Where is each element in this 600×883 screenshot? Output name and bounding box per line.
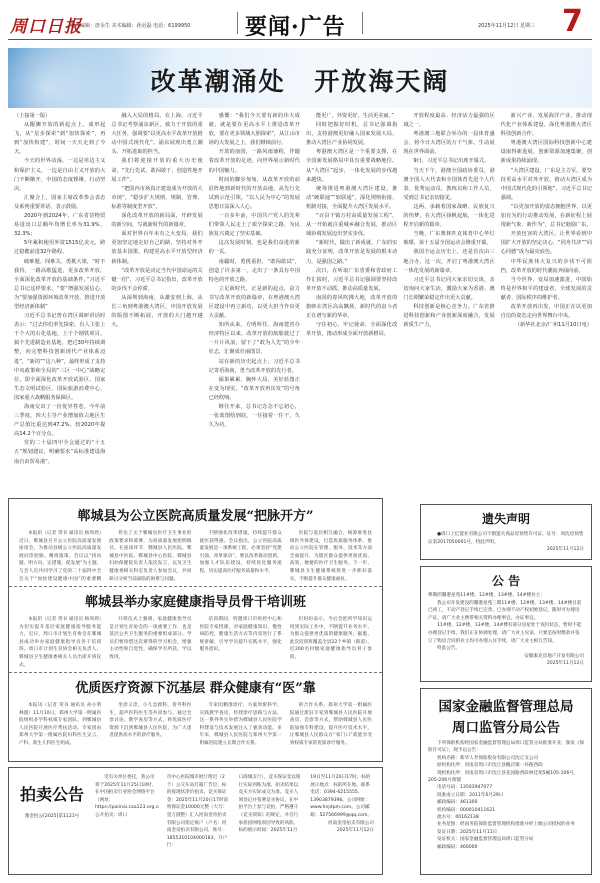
article-paragraph: 当天下午，港澳全国政协委员，港澳全国人大代表和全国体育先进个人代表、优秀运动员、…: [403, 167, 494, 203]
article-paragraph: 党的二十届四中全会通过的“十五五”规划建议，明确要求“高标准建设海南自由贸易港”…: [14, 439, 105, 466]
article-paragraph: “改革开放是决定当代中国命运的关键一招”，习近平总书记指出，改革开放的步伐不会停…: [111, 267, 202, 294]
notice-field: 发证机关：国家金融监督管理总局周口监管分局: [428, 836, 584, 843]
article-paragraph: 继往开来，总书记念念不忘初心，一张蓝图绘到底，一任接着一任干，久久为功。: [209, 403, 300, 430]
article-paragraph: “新时代，做出了新成就，广东的实践充分证明，改革开放是发展的根本动力，是强国之路…: [306, 239, 397, 266]
article-paragraph: 南国的春风吹拂大地，改革开放的旗帜在湾区高高飘扬，新时代的奋斗者正在谱写新的华章…: [306, 294, 397, 321]
notice-field: 邮政编码：461300: [428, 799, 584, 806]
article-paragraph: 培训期间，特邀周口市疾控中心和医院专家授课，对家庭健康知识、慢性病防控、健康生活…: [200, 616, 282, 654]
article-column: 培训期间，特邀周口市疾控中心和医院专家授课，对家庭健康知识、慢性病防控、健康生活…: [200, 616, 282, 668]
health-news-box: 郸城县为公立医院高质量发展“把脉开方” 本报讯（记者 常书 通讯员 杨周周）近日…: [8, 498, 383, 762]
notice-company: 安徽素克房地产开发有限公司: [428, 653, 584, 661]
article-paragraph: 们纷纷表示，今后会把所学知识运用到实际工作中，不断提升业务水平，为群众提供更优质…: [290, 616, 372, 662]
lead-headline: 改革潮涌处 开放海天阔: [8, 62, 592, 98]
article-column: 传达了关于郸城县医疗卫生事业的政策要求和部署，为高质量发展指明路径。在座谈环节，…: [109, 530, 191, 582]
article-column: 本报讯（记者 常书 通讯员 孙小明 林甜）11月10日，郑州大学第一附属医院组织…: [19, 702, 101, 748]
article-paragraph: “把国内市场真正建设成为开放的大市场”，“稳步扩大规则、规制、管理、标准等制度型…: [111, 185, 202, 212]
article-paragraph: 从醒狮开放的新起点上，成形起飞，从“星步探索”到“加快探索”，再到“加快构建”，…: [14, 121, 105, 157]
article-paragraph: 这两，承载着国家战略、民族复兴的伟梦，在大湾区扬帆起航，一体化进程开启新的篇章。: [403, 203, 494, 230]
article-paragraph: 从深圳到海南，从雄安到上海，从长三角到粤港澳大湾区，中国开放发展的版图不断拓展，…: [111, 294, 202, 330]
article-paragraph: 我们将迎接开放的重大历史使命，“先行先试、敢闯敢干，创造性地开展工作”。: [111, 157, 202, 184]
article-column: 开放程度最高、经济活力最强的区域之一。 粤港澳三地联合举办的一届体育盛会，将今日…: [403, 112, 494, 494]
notice-column: 口商城支行），竞买保证金以银行实际到账为准。拍卖结果以竞买方实际成交为准。竞买人…: [239, 774, 303, 868]
article-title: 优质医疗资源下沉基层 群众健康有“医”靠: [9, 677, 382, 696]
article-title: 郸城县举办家庭健康指导员骨干培训班: [9, 591, 382, 610]
article-paragraph: 我国全运会历史上，还是首次由三地合办，这一次，开启了粤港澳大湾区一体化发展的新篇…: [403, 248, 494, 275]
article-paragraph: 传达了关于郸城县医疗卫生事业的政策要求和部署，为高质量发展指明路径。在座谈环节，…: [109, 530, 191, 582]
notice-body: 下列保险机构经国家金融监督管理总局周口监管分局批准开业，颁发《保险许可证》，现予…: [421, 740, 591, 851]
article-paragraph: 中华民族伟大复兴的步伐不可阻挡，改革开放的时代潮流奔涌向前。: [501, 258, 592, 276]
article-paragraph: 科技创新是核心竞争力。广东省推进科技创新和产业创新深度融合，发展新质生产力。: [403, 303, 494, 330]
notice-field: 原机构住所：河南省周口市沈丘县槐店镇一环路西段: [428, 762, 584, 769]
article-column: 本报讯（记者 常书 通讯员 杨周周）近日，郸城县召开公立医院高质量发展座谈会，为…: [19, 530, 101, 582]
article-paragraph: 守住初心，牢记使命，全面深化改革开放，推动形成全面开放新格局。: [306, 321, 397, 339]
article-column: 医院与基层相互融合，统筹推进县域医共体建设，打造优质服务体系，推动公立医院在管理…: [290, 530, 372, 582]
article-paragraph: 专家团精准诊疗，方案周密科学，实践教学查房，传授诊疗思路与方法，这一系列务实举措…: [200, 702, 282, 748]
notice-body: ●周口上亿置业有限公司不慎遗失商品房预售许可证，证号：周沈房预售证第201705…: [421, 531, 591, 554]
header-rule: [8, 39, 592, 40]
article-paragraph: 本报讯（记者 常书 通讯员 杨周周）为切实提升基层家庭健康指导服务能力，近日，周…: [19, 616, 101, 668]
notice-paragraph: 我公司开发建设的馨港星苑三期11#楼、12#楼、13#楼、14#楼目前已竣工，不…: [428, 600, 584, 623]
article-paragraph: 知所从来，方明所往。海南建省办经济特区以来，改革开放的航船驶过了一片片风浪，留下…: [209, 321, 300, 357]
article-paragraph: 粤港澳三地联合举办的一届体育盛会，将今日大湾区的万千气象、生动展现在世界面前。: [403, 130, 494, 157]
divider: [362, 12, 363, 34]
article-paragraph: 9日，习近平总书记出席开幕式。: [403, 157, 494, 166]
article-paragraph: 面对世界百年未有之大变局，我们更加坚定地走好自己的路，坚持对外开放基本国策，构建…: [111, 230, 202, 266]
article-paragraph: 本报讯（记者 常书 通讯员 孙小明 林甜）11月10日，郑州大学第一附属医院组织…: [19, 702, 101, 748]
article-paragraph: “百县千镇万村高质量发展工程”，从一开始就注重城乡融合发展，推动区域协调发展迈出…: [306, 212, 397, 239]
notice-subtitle: 周口监管分局公告: [421, 716, 591, 736]
article-paragraph: 南疆时，勇挑重担，“敢闯敢试”，创造了许多第一，走出了一条具有中国特色的开放之路…: [209, 258, 300, 285]
article-paragraph: 新兴产业、发展海洋产业、推动现代化产业体系建设，深化粤港澳大湾区科技创新合作。: [501, 112, 592, 139]
article-paragraph: 同时把握好时机，总书记强调指出，支持港澳更好融入国家发展大局，推动大湾区产业协同…: [306, 121, 397, 148]
divider: [9, 586, 382, 587]
article-paragraph: 硕果累累，胸怀大局，美好蓝图正在变为现实，“改革开放再出发”的号角已经吹响。: [209, 376, 300, 403]
notice-date: 2025年11月12日: [428, 660, 584, 668]
regulator-notice: 国家金融监督管理总局 周口监管分局公告 下列保险机构经国家金融监督管理总局周口监…: [420, 688, 592, 875]
notice-field: 机构名称：新华人寿保险股份有限公司沈丘支公司: [428, 755, 584, 762]
article-paragraph: 感慨：“我们今天要有新的伟大成就，就是要在更高水平上推进改革开放，要在更多领域大…: [209, 112, 300, 148]
loss-notice: 遗失声明 ●周口上亿置业有限公司不慎遗失商品房预售许可证，证号：周沈房预售证第2…: [420, 504, 592, 560]
public-notice: 公 告 尊敬的馨港星苑11#楼、12#楼、13#楼、14#楼业主： 我公司开发建…: [420, 566, 592, 682]
article-paragraph: 改革开放再出发，中国正在以更加自信的姿态走向世界舞台中央。: [501, 303, 592, 321]
article-paragraph: 坐诊义诊，小儿急救科、普外科医生、超声医科医生等共同参与，通过会诊讨论、教学查房…: [109, 702, 191, 740]
article-paragraph: 开班仪式上强调，家庭健康指导员是计划生育协会的一项重要工作，也是基层公共卫生服务…: [109, 616, 191, 662]
article-column: 的合作关系。郑州大学第一附属医院通过派驻专家到郸城县人民医院开展查房、会诊等方式…: [290, 702, 372, 748]
article-column: 专家团精准诊疗，方案周密科学，实践教学查房，传授诊疗思路与方法，这一系列务实举措…: [200, 702, 282, 748]
notice-field: 发证日期：2025年11月11日: [428, 829, 584, 836]
article-paragraph: 次日，在听取广东省委和省政府工作汇报时，习近平总书记强调要坚持改革开放不动摇，推…: [306, 267, 397, 294]
article-column: 本报讯（记者 常书 通讯员 杨周周）为切实提升基层家庭健康指导服务能力，近日，周…: [19, 616, 101, 668]
notice-paragraph: 尊敬的馨港星苑11#楼、12#楼、13#楼、14#楼业主：: [428, 592, 584, 600]
article-paragraph: 2020年到2024年，广东省货物贸易进出口总额年均增长率为31.9%，32.3…: [14, 212, 105, 239]
article-paragraph: 开放程度最高、经济活力最强的区域之一。: [403, 112, 494, 130]
editor-credits: 责任编辑：唐永生 美术编辑：孙冠磊 电话：6199950: [70, 22, 190, 29]
notice-field: 业务范围：经国务院保险监督管理机构批准并经上级公司授权的业务: [428, 821, 584, 828]
article-column: 开班仪式上强调，家庭健康指导员是计划生育协会的一项重要工作，也是基层公共卫生服务…: [109, 616, 191, 668]
article-paragraph: 融入大局的格局。在上海，习近平总书记考察浦东新区，致力于开放的重大任务，强调要“…: [111, 112, 202, 157]
article-paragraph: 立足新时代，正是新的起点，奋力书写改革开放的新篇章，在粤港澳大湾区建设中再立新功…: [209, 285, 300, 321]
article-paragraph: 汇聚合上，国家主席改革参会表态及系列重要讲话，表示鼓励。: [14, 194, 105, 212]
auction-notice: 拍卖公告 豫金拍公[2025]第1121号 受有关单位委托，我公司将于2025年…: [8, 767, 383, 875]
notice-contact: 19日至11月20日17时。标的展示地点：标的所在地。联系电话：0394-621…: [310, 774, 374, 820]
article-column: 新兴产业、发展海洋产业、推动现代化产业体系建设，深化粤港澳大湾区科技创新合作。 …: [501, 112, 592, 494]
notice-column: 受有关单位委托，我公司将于2025年11月25日10时，在中国拍卖行业协会网络平…: [95, 774, 159, 868]
divider: [237, 12, 238, 34]
article-paragraph: 一百多年前，中国共产党人的先辈们带领人民走上了艰辛探索之路，为民族复兴奠定了坚实…: [209, 212, 300, 239]
article-column: 能更广，外资更好，生活更美丽。” 同时把握好时机，总书记强调指出，支持港澳更好融…: [306, 112, 397, 494]
notice-field: 批准成立日期：2011年6月29日: [428, 792, 584, 799]
notice-date: 2025年11月12日: [310, 827, 374, 835]
article-paragraph: 海南交出了一份优异答卷。今年前三季度，四大主导产业增加值占地区生产总值比重达到4…: [14, 403, 105, 439]
article-paragraph: 的合作关系。郑州大学第一附属医院通过派驻专家到郸城县人民医院开展查房、会诊等方式…: [290, 702, 372, 748]
article-paragraph: 当晚，广东奥林匹克体育中心华灯璀璨，第十五届全国运动会隆重开幕。: [403, 230, 494, 248]
article-paragraph: “大湾区建设，广东是主力军。要坚持更高水平对外开放，推动大湾区成为中国式现代化的…: [501, 167, 592, 203]
masthead: 周口日报 责任编辑：唐永生 美术编辑：孙冠磊 电话：6199950 要闻·广告 …: [0, 0, 600, 42]
notice-column: 19日至11月20日17时。标的展示地点：标的所在地。联系电话：0394-621…: [310, 774, 374, 868]
article-paragraph: 这次发展时刻，也是我们奋进的新的一页。: [209, 239, 300, 257]
article-paragraph: 本报讯（记者 常书 通讯员 杨周周）近日，郸城县召开公立医院高质量发展座谈会，为…: [19, 530, 101, 582]
article-paragraph: 统筹推进粤港澳大湾区建设，推动“硬联通”“软联通”，深化规则衔接、机制对接，全面…: [306, 185, 397, 212]
notice-field: 现机构住所：河南省周口市沈丘县花园路西段林佳苑5幢105-106号，205-20…: [428, 770, 584, 785]
article-paragraph: 站在新的历史起点上，习近平总书记寄语海南，勇当改革开放的先行者。: [209, 358, 300, 376]
section-title: 要闻·广告: [245, 10, 346, 41]
article-column: 不断强化改革措施，持续提升群众就医获得感。会议指出，公立医院高质量发展是一项系统…: [200, 530, 282, 582]
article-paragraph: 今天的世界动荡，一边是单边主义和保护主义，一边是自由主义开放的大门不断敞开，中国…: [14, 157, 105, 193]
notice-paragraph: ●周口上亿置业有限公司不慎遗失商品房预售许可证，证号：周沈房预售证第201705…: [428, 531, 584, 546]
divider: [9, 672, 382, 673]
article-paragraph: 粤港澳大湾区是一个重要支撑，在全国新发展格局中具有重要战略地位。从“大湾区”起步…: [306, 148, 397, 184]
headline-banner: 改革潮涌处 开放海天阔: [8, 48, 592, 108]
article-column: 们纷纷表示，今后会把所学知识运用到实际工作中，不断提升业务水平，为群众提供更优质…: [290, 616, 372, 668]
article-body: 本报讯（记者 常书 通讯员 杨周周）为切实提升基层家庭健康指导服务能力，近日，周…: [9, 616, 382, 668]
article-paragraph: “以更加开放的姿态拥抱世界，以更加有为的行动推动发展，在新征程上展现新气象、新作…: [501, 203, 592, 230]
article-paragraph: 习近平总书记同大家亲切交谈，亲切询问大家生活，激励大家为香港、澳门长期繁荣稳定作…: [403, 276, 494, 303]
notice-company: 河南金帝拍卖有限公司: [310, 820, 374, 828]
page-number: 7: [562, 4, 583, 39]
notice-field: 机构编码：000010411621: [428, 807, 584, 814]
notice-title: 公 告: [421, 572, 591, 589]
auction-header: 拍卖公告 豫金拍公[2025]第1121号: [17, 774, 87, 868]
notice-date: 2025年11月12日: [428, 546, 584, 554]
article-paragraph: 深化改革开放的新局面，开辟发展的新空间，写就新时代的新篇章。: [111, 212, 202, 230]
article-paragraph: 不断强化改革措施，持续提升群众就医获得感。会议指出，公立医院高质量发展是一项系统…: [200, 530, 282, 576]
article-column: 融入大局的格局。在上海，习近平总书记考察浦东新区，致力于开放的重大任务，强调要“…: [111, 112, 202, 494]
article-column: 坐诊义诊，小儿急救科、普外科医生、超声医科医生等共同参与，通过会诊讨论、教学查房…: [109, 702, 191, 748]
notice-field: 电话号码：13503947077: [428, 784, 584, 791]
article-paragraph: 能更广，外资更好，生活更美丽。”: [306, 112, 397, 121]
notice-paragraph: 下列保险机构经国家金融监督管理总局周口监管分局批准开业，颁发《保险许可证》，现予…: [428, 740, 584, 755]
notice-field: 流水号：00162138: [428, 814, 584, 821]
notice-title: 遗失声明: [421, 510, 591, 527]
article-paragraph: 5年累积使用外资1515亿美元，跨过稳健前进32年路程。: [14, 239, 105, 257]
article-paragraph: （上接第一版）: [14, 112, 105, 121]
article-paragraph: 习近平总书记曾在湾区调研讲话时表示：“过去你们率先探索，有人主张上千个大的石化基…: [14, 312, 105, 403]
article-source: （新华社北京/广州11月10日电）: [501, 321, 592, 330]
publication-date: 2025年11月12日 星期三: [478, 22, 535, 29]
article-paragraph: 破难题、闯难关、勇挑大梁，“时不我待，一路高歌猛进，更多改革开放，全面深化改革开…: [14, 258, 105, 313]
article-paragraph: 当今世界，变局加速演进，中国始终是世界和平的建设者、全球发展的贡献者、国际秩序的…: [501, 276, 592, 303]
article-paragraph: 粤港澳大湾区国际科技创新中心建设取得新进展，创新资源加速集聚，创新成果持续涌现。: [501, 139, 592, 166]
notice-title: 国家金融监督管理总局: [421, 695, 591, 715]
article-body: 本报讯（记者 常书 通讯员 孙小明 林甜）11月10日，郑州大学第一附属医院组织…: [9, 702, 382, 748]
notice-field: 邮政编码：466000: [428, 844, 584, 851]
notice-ref-number: 豫金拍公[2025]第1121号: [17, 813, 87, 819]
notice-body: 尊敬的馨港星苑11#楼、12#楼、13#楼、14#楼业主： 我公司开发建设的馨港…: [421, 592, 591, 668]
article-paragraph: 开放的南国，一路风雨兼程，伴随着改革开放的足迹，向世界展示新时代的中国魅力。: [209, 148, 300, 175]
article-paragraph: 时间的脚步匆匆，从改革开放的前沿阵地到新时代的开放高地，从先行先试到示范引领，“…: [209, 176, 300, 212]
lead-article: （上接第一版） 从醒狮开放的新起点上，成形起飞，从“星步探索”到“加快探索”，再…: [14, 112, 592, 494]
article-title: 郸城县为公立医院高质量发展“把脉开方”: [9, 505, 382, 524]
notice-title: 拍卖公告: [17, 782, 87, 805]
article-paragraph: 医院与基层相互融合，统筹推进县域医共体建设，打造优质服务体系，推动公立医院在管理…: [290, 530, 372, 582]
article-paragraph: 开放包容的大湾区，让世界看到中国扩大开放的坚定决心，“同舟共济”“同心同德”成为…: [501, 230, 592, 257]
notice-paragraph: 11#楼、12#楼、13#楼、14#楼有部分房屋处于查封状态，暂时不能办理登记手…: [428, 622, 584, 645]
article-column: （上接第一版） 从醒狮开放的新起点上，成形起飞，从“星步探索”到“加快探索”，再…: [14, 112, 105, 494]
article-body: 本报讯（记者 常书 通讯员 杨周周）近日，郸城县召开公立医院高质量发展座谈会，为…: [9, 530, 382, 582]
notice-paragraph: 特此公告。: [428, 645, 584, 653]
notice-column: 市中心医院城市展厅附近（2个）公交车站灯箱广告位，标的按现状净价拍卖。竞买保证金…: [167, 774, 231, 868]
article-column: 感慨：“我们今天要有新的伟大成就，就是要在更高水平上推进改革开放，要在更多领域大…: [209, 112, 300, 494]
